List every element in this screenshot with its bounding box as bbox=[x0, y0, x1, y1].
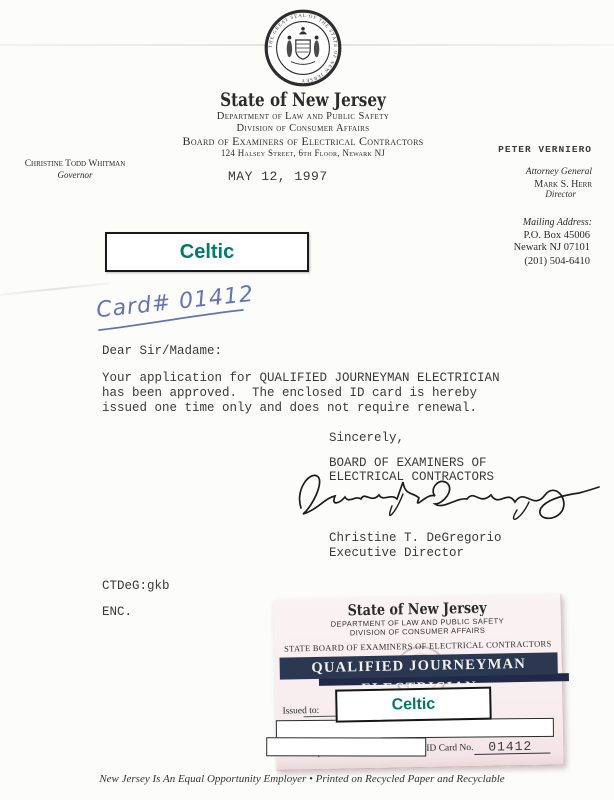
enclosure-notation: ENC. bbox=[102, 605, 132, 619]
letterhead-division: Division of Consumer Affairs bbox=[123, 123, 483, 134]
mailing-city: Newark NJ 07101 bbox=[440, 242, 590, 253]
scanned-approval-letter: THE GREAT SEAL OF THE STATE OF NEW JERSE… bbox=[0, 0, 614, 800]
governor-title: Governor bbox=[14, 170, 136, 180]
id-card: State of New Jersey DEPARTMENT OF LAW AN… bbox=[273, 594, 564, 770]
letterhead-board: Board of Examiners of Electrical Contrac… bbox=[123, 134, 483, 149]
letter-date: MAY 12, 1997 bbox=[228, 169, 328, 184]
footer-motto: New Jersey Is An Equal Opportunity Emplo… bbox=[40, 773, 564, 785]
reference-initials: CTDeG:gkb bbox=[102, 579, 170, 593]
body-line-2: has been approved. The enclosed ID card … bbox=[102, 386, 477, 400]
redaction-label: Celtic bbox=[107, 234, 307, 270]
seal-figure-right bbox=[314, 40, 319, 57]
redaction-bar-2 bbox=[266, 737, 426, 756]
attorney-general-name: PETER VERNIERO bbox=[440, 144, 592, 155]
letterhead-address: 124 Halsey Street, 6th Floor, Newark NJ bbox=[123, 148, 483, 158]
signer-title: Executive Director bbox=[329, 546, 464, 560]
signer-name: Christine T. DeGregorio bbox=[329, 531, 502, 545]
card-no-label: ID Card No. bbox=[426, 743, 473, 754]
seal-horsehead-icon bbox=[301, 27, 305, 31]
handwritten-underline bbox=[95, 306, 247, 336]
letterhead-department: Department of Law and Public Safety bbox=[123, 111, 483, 122]
salutation: Dear Sir/Madame: bbox=[102, 344, 222, 358]
director-title: Director bbox=[440, 189, 576, 199]
body-line-3: issued one time only and does not requir… bbox=[102, 401, 477, 415]
card-redaction-label: Celtic bbox=[337, 689, 490, 721]
redaction-overlay-letter: Celtic bbox=[105, 232, 309, 272]
mailing-phone: (201) 504-6410 bbox=[440, 256, 590, 267]
governor-name: Christine Todd Whitman bbox=[14, 159, 136, 169]
mailing-po-box: P.O. Box 45006 bbox=[440, 230, 590, 241]
signature-script bbox=[293, 466, 603, 528]
mailing-address-label: Mailing Address: bbox=[440, 217, 592, 228]
scan-crease-line-left bbox=[0, 282, 110, 295]
body-line-1: Your application for QUALIFIED JOURNEYMA… bbox=[102, 371, 500, 385]
redaction-overlay-card-holder: Celtic bbox=[335, 687, 492, 723]
card-no-line bbox=[474, 739, 550, 754]
letterhead-state-name: State of New Jersey bbox=[159, 89, 447, 111]
nj-great-seal-icon: THE GREAT SEAL OF THE STATE OF NEW JERSE… bbox=[263, 8, 343, 88]
seal-figure-left bbox=[287, 40, 292, 57]
attorney-general-title: Attorney General bbox=[440, 167, 592, 177]
closing: Sincerely, bbox=[329, 431, 404, 445]
